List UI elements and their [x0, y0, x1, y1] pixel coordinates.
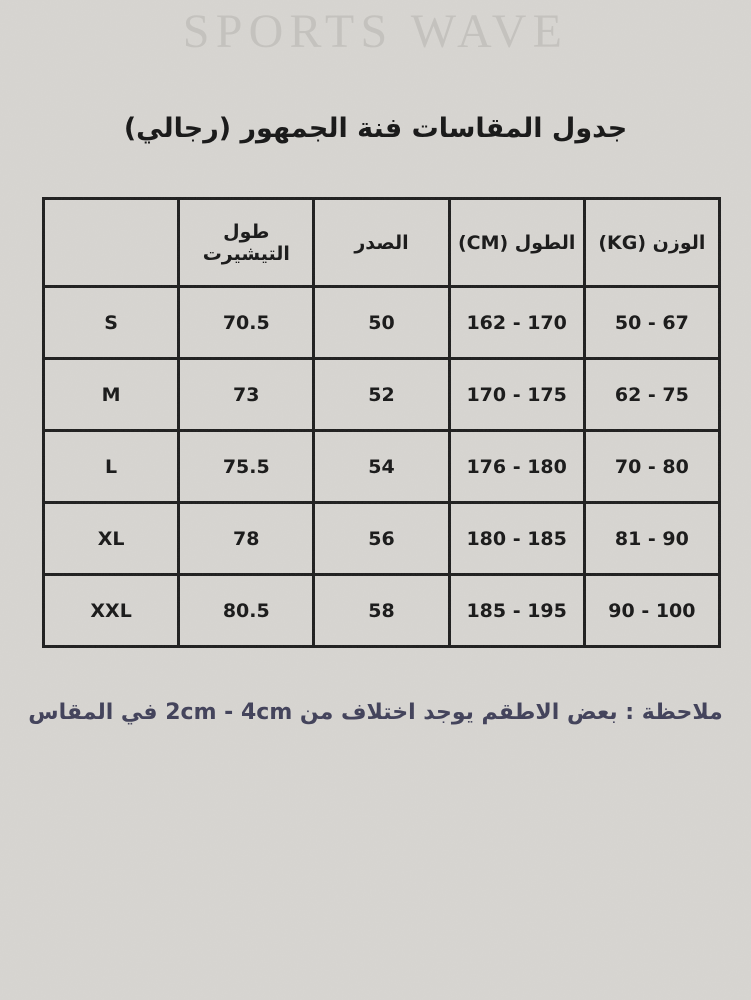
cell-height-cm: 180 - 185: [449, 503, 584, 575]
cell-tshirt-length: 70.5: [179, 287, 314, 359]
table-row: XL 78 56 180 - 185 81 - 90: [44, 503, 720, 575]
cell-size: S: [44, 287, 179, 359]
cell-height-cm: 185 - 195: [449, 575, 584, 647]
cell-height-cm: 176 - 180: [449, 431, 584, 503]
size-table: طول التيشيرت الصدر الطول (CM) الوزن (KG)…: [42, 197, 721, 648]
cell-height-cm: 162 - 170: [449, 287, 584, 359]
cell-weight-kg: 90 - 100: [584, 575, 719, 647]
cell-weight-kg: 50 - 67: [584, 287, 719, 359]
table-row: L 75.5 54 176 - 180 70 - 80: [44, 431, 720, 503]
cell-chest: 52: [314, 359, 449, 431]
page-title: جدول المقاسات فنة الجمهور (رجالي): [0, 113, 751, 144]
cell-size: M: [44, 359, 179, 431]
cell-chest: 56: [314, 503, 449, 575]
cell-height-cm: 170 - 175: [449, 359, 584, 431]
table-row: M 73 52 170 - 175 62 - 75: [44, 359, 720, 431]
cell-chest: 50: [314, 287, 449, 359]
header-size: [44, 199, 179, 287]
table-row: S 70.5 50 162 - 170 50 - 67: [44, 287, 720, 359]
cell-size: L: [44, 431, 179, 503]
cell-weight-kg: 81 - 90: [584, 503, 719, 575]
size-variance-note: ملاحظة : بعض الاطقم يوجد اختلاف من 2cm -…: [0, 700, 751, 725]
cell-tshirt-length: 73: [179, 359, 314, 431]
header-chest: الصدر: [314, 199, 449, 287]
cell-size: XXL: [44, 575, 179, 647]
brand-watermark: SPORTS WAVE: [0, 4, 751, 59]
table-header-row: طول التيشيرت الصدر الطول (CM) الوزن (KG): [44, 199, 720, 287]
cell-chest: 58: [314, 575, 449, 647]
header-height-cm: الطول (CM): [449, 199, 584, 287]
cell-weight-kg: 62 - 75: [584, 359, 719, 431]
cell-tshirt-length: 75.5: [179, 431, 314, 503]
header-tshirt-length: طول التيشيرت: [179, 199, 314, 287]
cell-tshirt-length: 80.5: [179, 575, 314, 647]
table-row: XXL 80.5 58 185 - 195 90 - 100: [44, 575, 720, 647]
cell-chest: 54: [314, 431, 449, 503]
cell-weight-kg: 70 - 80: [584, 431, 719, 503]
cell-tshirt-length: 78: [179, 503, 314, 575]
header-weight-kg: الوزن (KG): [584, 199, 719, 287]
cell-size: XL: [44, 503, 179, 575]
